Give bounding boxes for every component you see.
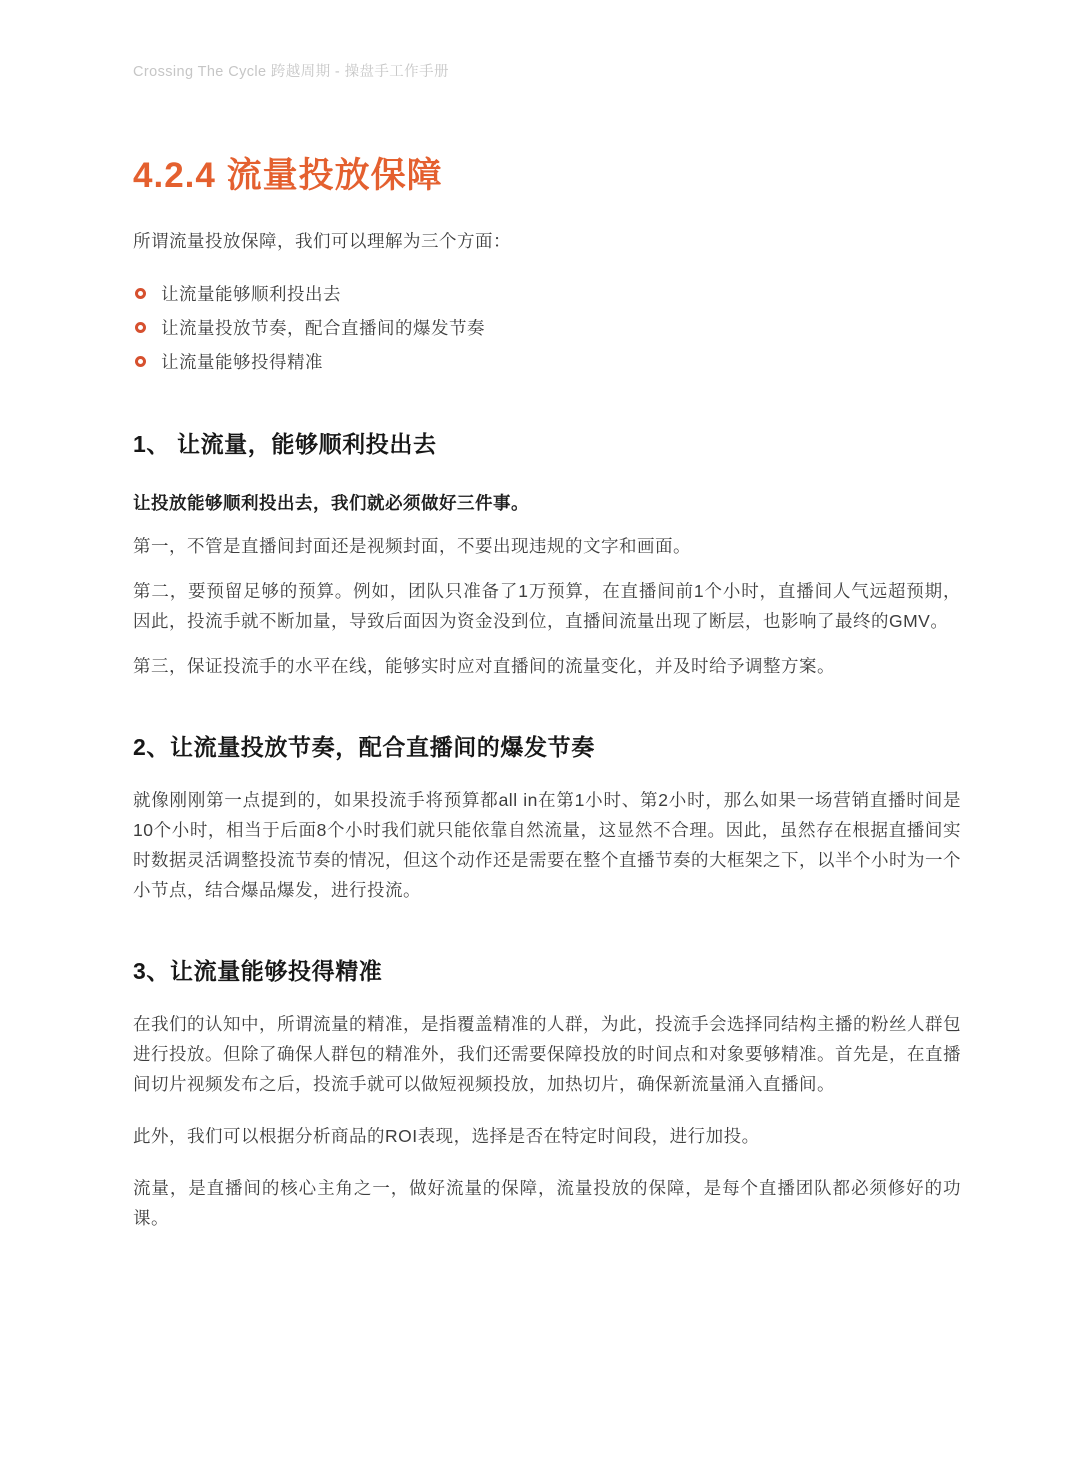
- list-item: 让流量能够投得精准: [133, 344, 961, 378]
- section-3-paragraph: 此外，我们可以根据分析商品的ROI表现，选择是否在特定时间段，进行加投。: [133, 1121, 961, 1151]
- section-2-paragraph: 就像刚刚第一点提到的，如果投流手将预算都all in在第1小时、第2小时，那么如…: [133, 785, 961, 905]
- document-page: Crossing The Cycle 跨越周期 - 操盘手工作手册 4.2.4 …: [0, 0, 1080, 1466]
- bullet-ring-icon: [135, 356, 146, 367]
- section-2-heading: 2、让流量投放节奏，配合直播间的爆发节奏: [133, 731, 961, 763]
- page-title: 4.2.4 流量投放保障: [133, 154, 961, 198]
- section-1-paragraph: 第二，要预留足够的预算。例如，团队只准备了1万预算，在直播间前1个小时，直播间人…: [133, 576, 961, 636]
- section-1-heading: 1、 让流量，能够顺利投出去: [133, 428, 961, 460]
- bullet-label: 让流量能够投得精准: [161, 349, 323, 374]
- bullet-label: 让流量投放节奏，配合直播间的爆发节奏: [161, 315, 485, 340]
- section-3-heading: 3、让流量能够投得精准: [133, 955, 961, 987]
- section-3-paragraph: 流量，是直播间的核心主角之一，做好流量的保障，流量投放的保障，是每个直播团队都必…: [133, 1173, 961, 1233]
- section-1-lead: 让投放能够顺利投出去，我们就必须做好三件事。: [133, 490, 961, 516]
- section-1-paragraph: 第一，不管是直播间封面还是视频封面，不要出现违规的文字和画面。: [133, 531, 961, 561]
- section-1-paragraph: 第三，保证投流手的水平在线，能够实时应对直播间的流量变化，并及时给予调整方案。: [133, 651, 961, 681]
- running-header: Crossing The Cycle 跨越周期 - 操盘手工作手册: [133, 62, 961, 82]
- section-3-paragraph: 在我们的认知中，所谓流量的精准，是指覆盖精准的人群，为此，投流手会选择同结构主播…: [133, 1009, 961, 1099]
- bullet-list: 让流量能够顺利投出去 让流量投放节奏，配合直播间的爆发节奏 让流量能够投得精准: [133, 276, 961, 378]
- bullet-ring-icon: [135, 288, 146, 299]
- page-content: Crossing The Cycle 跨越周期 - 操盘手工作手册 4.2.4 …: [133, 0, 961, 1233]
- bullet-ring-icon: [135, 322, 146, 333]
- list-item: 让流量能够顺利投出去: [133, 276, 961, 310]
- intro-paragraph: 所谓流量投放保障，我们可以理解为三个方面：: [133, 228, 961, 254]
- list-item: 让流量投放节奏，配合直播间的爆发节奏: [133, 310, 961, 344]
- bullet-label: 让流量能够顺利投出去: [161, 281, 341, 306]
